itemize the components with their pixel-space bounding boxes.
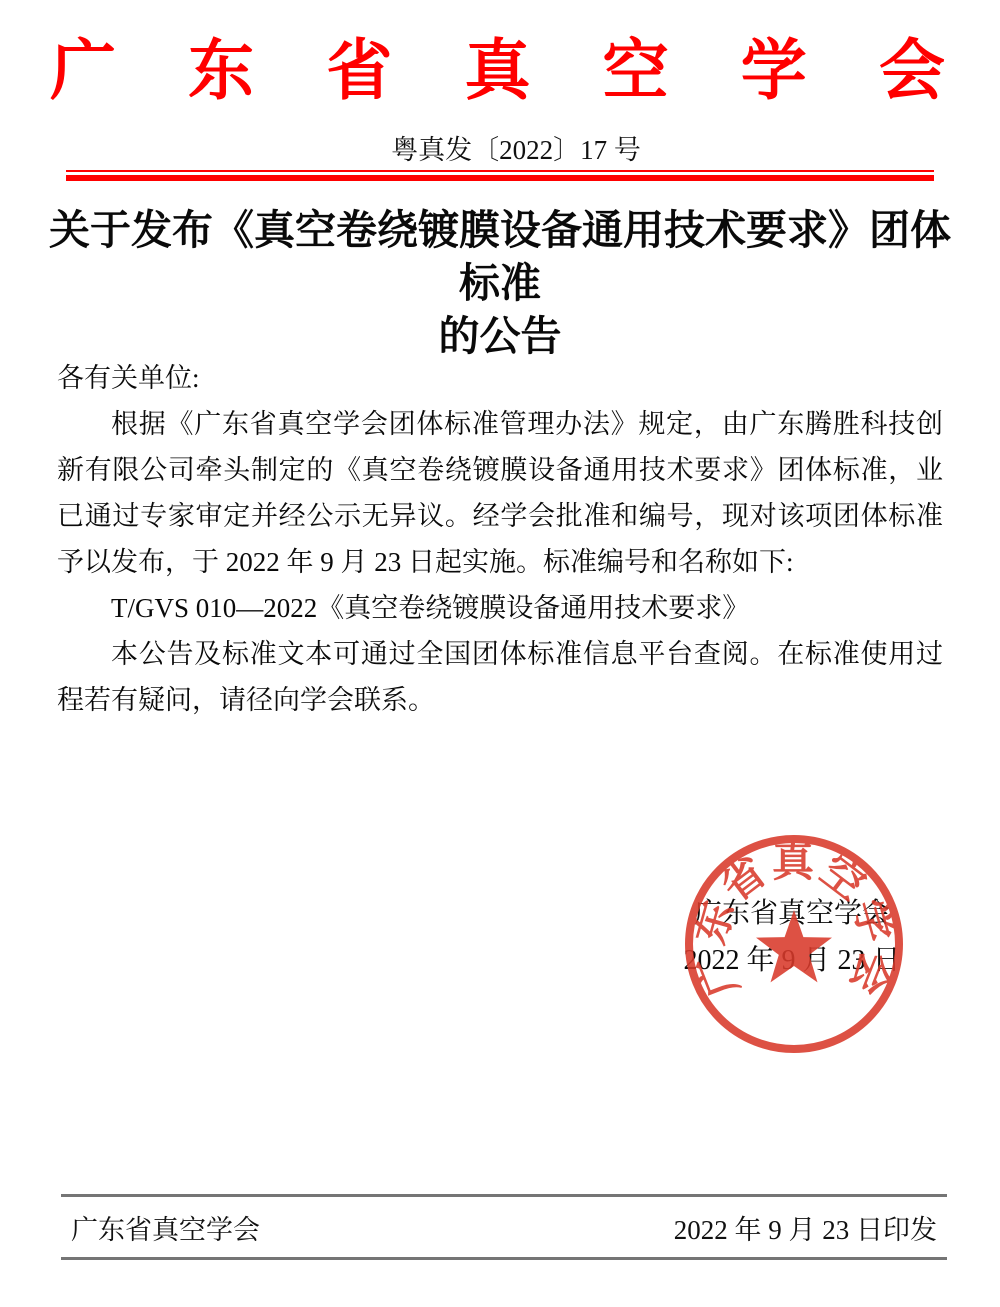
letterhead-char: 空 [603,34,669,110]
notice-title: 关于发布《真空卷绕镀膜设备通用技术要求》团体标准 的公告 [40,204,960,363]
letterhead-char: 东 [188,34,254,110]
letterhead-char: 广 [50,34,116,110]
letterhead-org-title: 广东省真空学会 [50,34,945,110]
footer-print-date: 2022 年 9 月 23 日印发 [674,1208,937,1247]
official-seal: 广东省真空学会 [678,828,910,1060]
notice-title-line1: 关于发布《真空卷绕镀膜设备通用技术要求》团体标准 [40,204,960,310]
footer-issuer: 广东省真空学会 [71,1208,260,1247]
standard-number-line: T/GVS 010—2022《真空卷绕镀膜设备通用技术要求》 [57,585,943,631]
salutation: 各有关单位: [57,355,943,401]
seal-star-icon [756,910,832,982]
document-page: 广东省真空学会 粤真发〔2022〕17 号 关于发布《真空卷绕镀膜设备通用技术要… [0,0,1000,1307]
doc-reference-number: 粤真发〔2022〕17 号 [16,134,1000,166]
notice-body: 各有关单位: 根据《广东省真空学会团体标准管理办法》规定，由广东腾胜科技创新有限… [57,355,943,723]
letterhead-char: 真 [464,34,530,110]
body-paragraph-2: 本公告及标准文本可通过全国团体标准信息平台查阅。在标准使用过程若有疑问，请径向学… [57,631,943,723]
letterhead-char: 省 [326,34,392,110]
letterhead-char: 会 [879,34,945,110]
red-divider-thin [66,170,934,172]
letterhead-char: 学 [741,34,807,110]
red-divider-thick [66,175,934,181]
body-paragraph-1: 根据《广东省真空学会团体标准管理办法》规定，由广东腾胜科技创新有限公司牵头制定的… [57,401,943,585]
footer-bar: 广东省真空学会 2022 年 9 月 23 日印发 [61,1194,947,1260]
